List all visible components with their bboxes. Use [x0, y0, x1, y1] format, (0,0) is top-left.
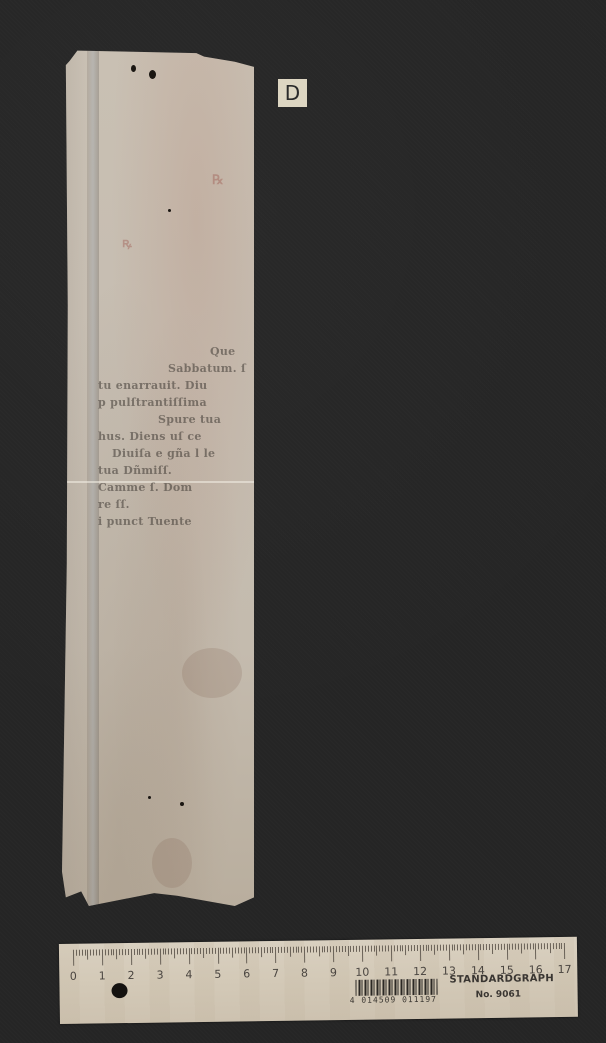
- text-line: p pulſtrantiſſima: [98, 394, 254, 411]
- ruler-tick: [521, 944, 522, 954]
- ruler-tick: [180, 948, 181, 954]
- ruler-tick: [160, 949, 161, 965]
- ruler-tick: [321, 946, 322, 952]
- ruler-tick: [217, 948, 218, 964]
- ruler-tick: [171, 948, 172, 954]
- ruler-tick: [96, 949, 97, 955]
- parchment-fragment: ℞ ꝶ Que Sabbatum. ſ tu enarrauit. Diu p …: [62, 48, 254, 906]
- ruler-tick: [336, 946, 337, 952]
- ruler-tick: [87, 950, 88, 960]
- ruler-tick: [301, 947, 302, 953]
- specimen-label: D: [278, 79, 307, 107]
- ruler-tick: [345, 946, 346, 952]
- ruler-tick: [194, 948, 195, 954]
- ruler-tick: [293, 947, 294, 953]
- text-line: Spure tua: [98, 411, 254, 428]
- ruler-tick: [538, 943, 539, 949]
- ruler-tick: [137, 949, 138, 955]
- ruler-tick-label: 10: [355, 966, 369, 979]
- ruler-tick: [492, 944, 493, 954]
- ruler-tick: [102, 949, 103, 965]
- text-line: Que: [98, 343, 254, 360]
- ruler-tick: [157, 949, 158, 955]
- ruler-tick: [90, 950, 91, 956]
- stain: [182, 648, 242, 698]
- text-line: re ſſ.: [98, 496, 254, 513]
- ruler-tick: [431, 945, 432, 951]
- ruler-tick: [434, 945, 435, 955]
- ruler-tick: [472, 944, 473, 950]
- text-line: tu enarrauit. Diu: [98, 377, 254, 394]
- ruler-tick: [544, 943, 545, 949]
- ruler-tick: [446, 945, 447, 951]
- ruler-tick: [290, 947, 291, 957]
- ruler-tick: [483, 944, 484, 950]
- ruler-tick: [148, 949, 149, 955]
- ruler-tick: [139, 949, 140, 955]
- ruler-tick: [310, 946, 311, 952]
- ruler-tick: [489, 944, 490, 950]
- ruler-tick: [376, 946, 377, 956]
- ruler-tick: [134, 949, 135, 955]
- ruler-tick: [414, 945, 415, 951]
- ruler-tick: [356, 946, 357, 952]
- faded-rubric: ℞: [212, 173, 224, 188]
- ruler-tick: [232, 948, 233, 958]
- ruler-tick: [347, 946, 348, 956]
- ruler-tick: [116, 949, 117, 959]
- ruler-tick: [475, 944, 476, 950]
- ruler-tick: [558, 943, 559, 949]
- ruler-tick: [272, 947, 273, 953]
- ruler-tick: [295, 947, 296, 953]
- ruler-tick: [304, 947, 305, 963]
- ruler-tick: [397, 945, 398, 951]
- ruler-tick: [252, 947, 253, 953]
- ruler-tick: [191, 948, 192, 954]
- ruler-tick: [556, 943, 557, 949]
- ruler-brand: STANDARDGRAPH: [449, 973, 554, 985]
- label-text: D: [285, 81, 300, 105]
- ruler-tick: [105, 949, 106, 955]
- text-line: hus. Diens uſ ce: [98, 428, 254, 445]
- ruler-tick: [532, 943, 533, 949]
- ruler-tick: [394, 945, 395, 951]
- ruler-tick: [73, 950, 74, 966]
- ruler-tick: [151, 949, 152, 955]
- ruler-tick: [85, 950, 86, 956]
- ruler-tick: [142, 949, 143, 955]
- ruler-tick: [385, 945, 386, 951]
- ruler-tick: [339, 946, 340, 952]
- ruler-tick: [298, 947, 299, 953]
- ruler-tick: [463, 944, 464, 954]
- ruler-tick: [307, 947, 308, 953]
- text-line: Sabbatum. ſ: [98, 360, 254, 377]
- ruler-tick: [486, 944, 487, 950]
- ruler-tick: [215, 948, 216, 954]
- ruler-tick-label: 6: [243, 967, 250, 980]
- ruler-tick: [206, 948, 207, 954]
- ruler-tick: [350, 946, 351, 952]
- faded-rubric: ꝶ: [122, 233, 132, 251]
- ruler-tick: [524, 944, 525, 950]
- ruler-tick: [281, 947, 282, 953]
- ruler-tick-label: 7: [272, 967, 279, 980]
- ruler-tick: [324, 946, 325, 952]
- ruler-tick: [111, 949, 112, 955]
- reference-ruler: 01234567891011121314151617 4 014509 0111…: [59, 937, 578, 1024]
- ruler-tick: [547, 943, 548, 949]
- ruler-tick: [243, 947, 244, 953]
- ruler-tick: [417, 945, 418, 951]
- ruler-tick: [267, 947, 268, 953]
- ruler-tick: [278, 947, 279, 953]
- ruler-tick: [379, 946, 380, 952]
- ruler-tick: [408, 945, 409, 951]
- ruler-tick: [275, 947, 276, 963]
- ruler-tick: [460, 944, 461, 950]
- ruler-tick: [452, 945, 453, 951]
- ruler-tick: [79, 950, 80, 956]
- worm-hole: [149, 70, 156, 79]
- text-line: tua Dñmiſſ.: [98, 462, 254, 479]
- ruler-tick: [99, 949, 100, 955]
- ruler-tick: [353, 946, 354, 952]
- ruler-tick: [125, 949, 126, 955]
- ruler-tick: [327, 946, 328, 952]
- ruler-tick: [330, 946, 331, 952]
- ruler-tick: [174, 948, 175, 958]
- ruler-tick: [189, 948, 190, 964]
- ruler-hang-hole: [111, 983, 127, 998]
- ruler-tick: [258, 947, 259, 953]
- ruler-tick: [388, 945, 389, 951]
- text-line: Camme ſ. Dom: [98, 479, 254, 496]
- worm-hole: [131, 65, 136, 72]
- ruler-tick: [541, 943, 542, 949]
- ruler-tick: [509, 944, 510, 950]
- ruler-tick: [420, 945, 421, 961]
- ruler-tick: [443, 945, 444, 951]
- worm-hole: [180, 802, 184, 806]
- ruler-tick: [197, 948, 198, 954]
- ruler-tick-label: 17: [557, 963, 571, 976]
- stain: [152, 838, 192, 888]
- ruler-tick: [466, 944, 467, 950]
- ruler-tick: [342, 946, 343, 952]
- ruler-tick: [76, 950, 77, 956]
- ruler-tick: [261, 947, 262, 957]
- ruler-tick: [440, 945, 441, 951]
- ruler-tick: [535, 943, 536, 959]
- ruler-tick: [269, 947, 270, 953]
- ruler-tick: [165, 949, 166, 955]
- text-line: i punct Tuente: [98, 513, 254, 530]
- ruler-tick: [362, 946, 363, 962]
- ruler-tick: [238, 947, 239, 953]
- ruler-tick: [512, 944, 513, 950]
- barcode: [355, 979, 437, 996]
- ruler-tick: [495, 944, 496, 950]
- ruler-tick: [122, 949, 123, 955]
- ruler-tick: [365, 946, 366, 952]
- ruler-tick: [469, 944, 470, 950]
- ruler-tick: [220, 948, 221, 954]
- ruler-tick: [203, 948, 204, 958]
- worm-hole: [168, 209, 171, 212]
- ruler-tick-label: 4: [185, 968, 192, 981]
- ruler-tick: [506, 944, 507, 960]
- ruler-tick: [128, 949, 129, 955]
- gothic-text-block: Que Sabbatum. ſ tu enarrauit. Diu p pulſ…: [98, 343, 254, 530]
- text-line: Diuiſa e gña l le: [98, 445, 254, 462]
- ruler-tick: [501, 944, 502, 950]
- barcode-digits: 4 014509 011197: [350, 995, 437, 1005]
- ruler-tick: [359, 946, 360, 952]
- ruler-tick: [163, 949, 164, 955]
- ruler-tick: [168, 948, 169, 954]
- ruler-tick: [316, 946, 317, 952]
- ruler-tick: [478, 944, 479, 960]
- ruler-tick: [249, 947, 250, 953]
- ruler-tick-label: 8: [301, 967, 308, 980]
- ruler-tick: [553, 943, 554, 949]
- ruler-tick: [241, 947, 242, 953]
- ruler-tick: [371, 946, 372, 952]
- ruler-tick: [145, 949, 146, 959]
- ruler-tick: [287, 947, 288, 953]
- ruler-tick: [405, 945, 406, 955]
- ruler-tick: [504, 944, 505, 950]
- ruler-tick: [177, 948, 178, 954]
- ruler-tick: [454, 944, 455, 950]
- ruler-tick: [119, 949, 120, 955]
- ruler-tick: [212, 948, 213, 954]
- ruler-tick: [399, 945, 400, 951]
- ruler-tick: [183, 948, 184, 954]
- ruler-tick: [561, 943, 562, 949]
- ruler-tick: [113, 949, 114, 955]
- ruler-tick: [423, 945, 424, 951]
- ruler-tick: [226, 948, 227, 954]
- ruler-tick: [229, 948, 230, 954]
- ruler-tick: [480, 944, 481, 950]
- ruler-tick-label: 11: [384, 965, 398, 978]
- ruler-tick: [518, 944, 519, 950]
- ruler-tick-label: 1: [99, 969, 106, 982]
- ruler-tick: [449, 945, 450, 961]
- ruler-tick-label: 9: [330, 966, 337, 979]
- ruler-tick: [382, 945, 383, 951]
- ruler-tick: [515, 944, 516, 950]
- ruler-tick: [437, 945, 438, 951]
- ruler-tick: [411, 945, 412, 951]
- ruler-model: No. 9061: [476, 990, 521, 1001]
- ruler-tick: [313, 946, 314, 952]
- ruler-tick: [373, 946, 374, 952]
- ruler-tick: [246, 947, 247, 963]
- ruler-tick: [93, 950, 94, 956]
- ruler-tick: [284, 947, 285, 953]
- ruler-tick-label: 3: [156, 969, 163, 982]
- ruler-tick: [530, 943, 531, 949]
- ruler-tick: [527, 943, 528, 949]
- ruler-tick: [319, 946, 320, 956]
- ruler-tick-label: 12: [413, 965, 427, 978]
- ruler-tick: [209, 948, 210, 954]
- ruler-tick-label: 2: [128, 969, 135, 982]
- ruler-tick: [498, 944, 499, 950]
- ruler-tick: [428, 945, 429, 951]
- ruler-tick: [154, 949, 155, 955]
- ruler-tick: [186, 948, 187, 954]
- ruler-tick: [255, 947, 256, 953]
- ruler-tick: [550, 943, 551, 953]
- ruler-tick-label: 5: [214, 968, 221, 981]
- ruler-tick: [368, 946, 369, 952]
- ruler-tick: [82, 950, 83, 956]
- ruler-tick: [402, 945, 403, 951]
- ruler-tick: [264, 947, 265, 953]
- ruler-tick: [223, 948, 224, 954]
- ruler-tick: [564, 943, 565, 959]
- worm-hole: [148, 796, 151, 799]
- ruler-tick: [426, 945, 427, 951]
- ruler-tick: [333, 946, 334, 962]
- ruler-ticks: 01234567891011121314151617: [73, 943, 565, 970]
- ruler-tick-label: 0: [70, 970, 77, 983]
- ruler-tick: [235, 948, 236, 954]
- ruler-tick: [108, 949, 109, 955]
- ruler-tick: [200, 948, 201, 954]
- ruler-tick: [131, 949, 132, 965]
- ruler-tick: [391, 945, 392, 961]
- ruler-tick: [457, 944, 458, 950]
